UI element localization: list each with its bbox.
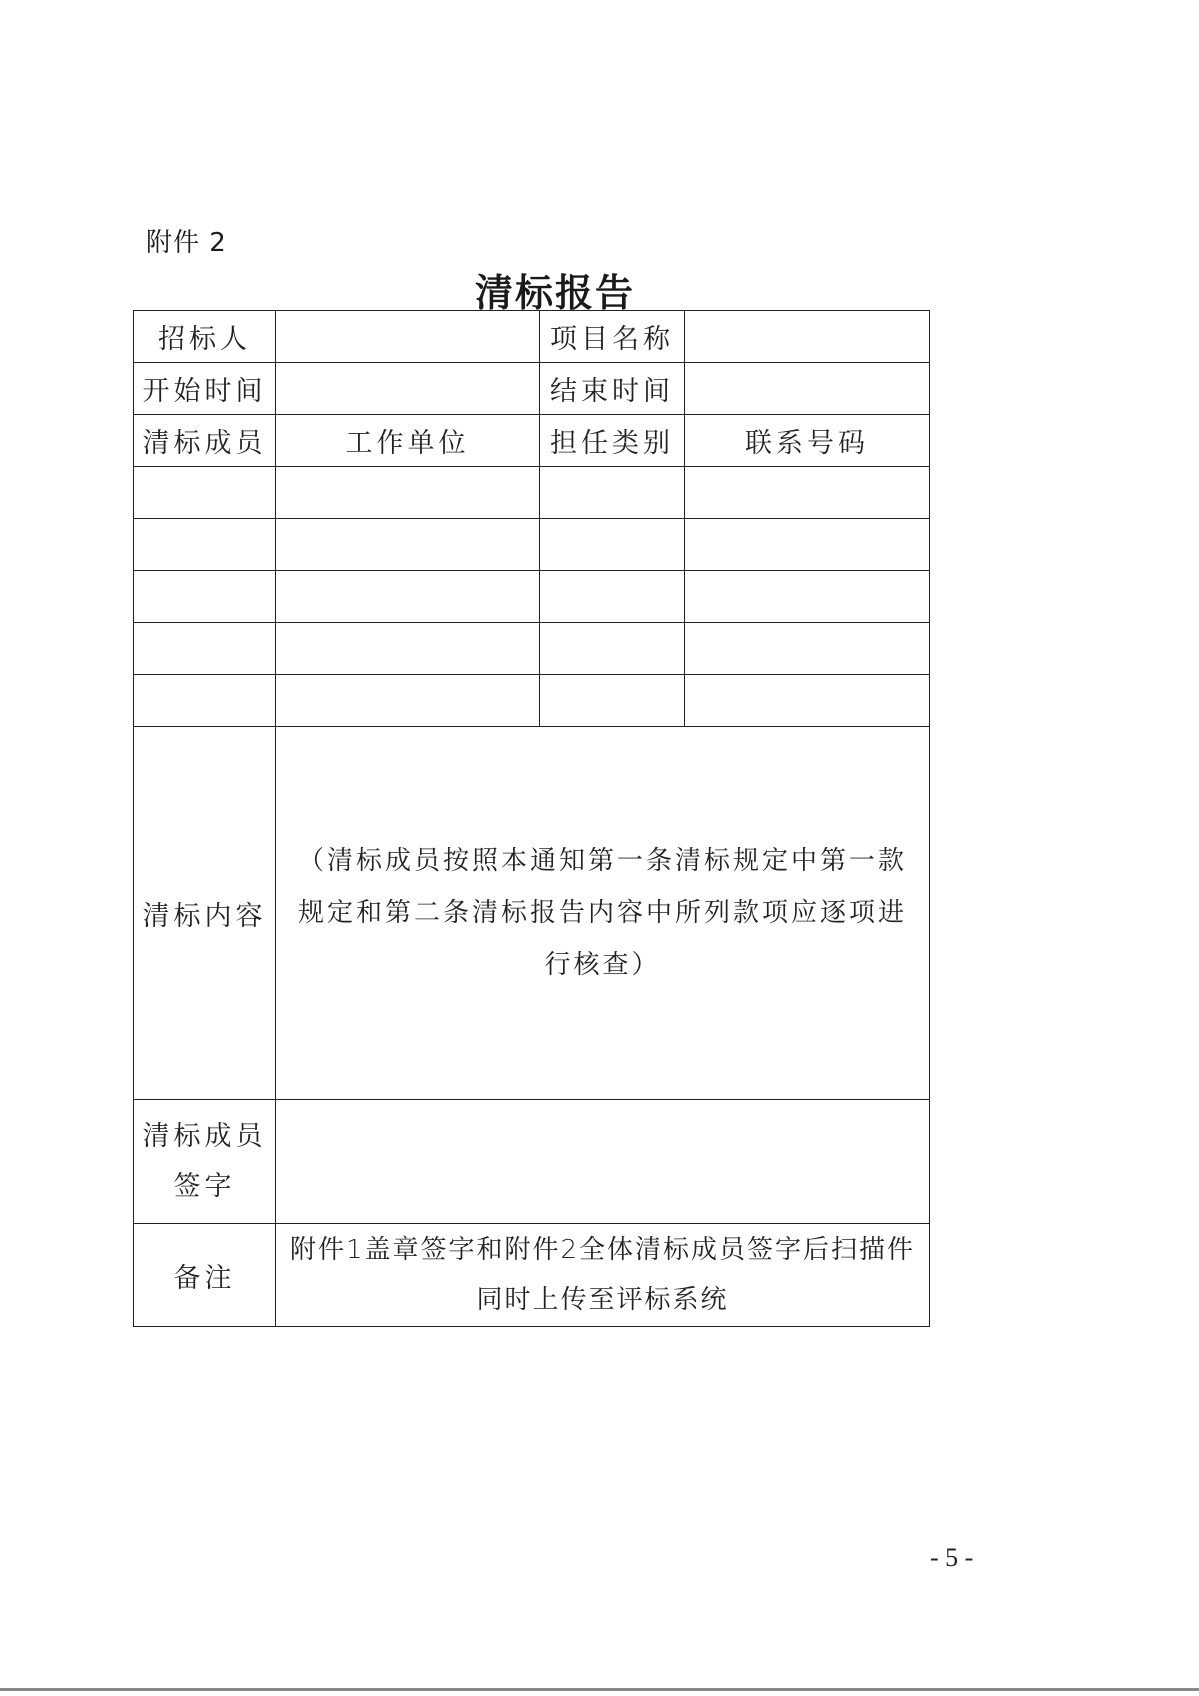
member-phone-cell[interactable] (685, 571, 930, 623)
member-unit-cell[interactable] (276, 571, 540, 623)
member-role-cell[interactable] (540, 675, 685, 727)
label-signature: 清标成员 签字 (134, 1100, 276, 1224)
document-title: 清标报告 (0, 262, 1110, 317)
member-phone-cell[interactable] (685, 675, 930, 727)
member-name-cell[interactable] (134, 623, 276, 675)
member-row (134, 467, 930, 519)
member-phone-cell[interactable] (685, 519, 930, 571)
scan-bottom-edge (0, 1688, 1199, 1691)
member-role-cell[interactable] (540, 571, 685, 623)
label-notes: 备注 (134, 1224, 276, 1327)
field-end-time[interactable] (685, 363, 930, 415)
content-instructions: （清标成员按照本通知第一条清标规定中第一款规定和第二条清标报告内容中所列款项应逐… (276, 835, 929, 991)
member-role-cell[interactable] (540, 519, 685, 571)
attachment-label: 附件 2 (146, 222, 227, 259)
member-header-row: 清标成员 工作单位 担任类别 联系号码 (134, 415, 930, 467)
member-phone-cell[interactable] (685, 623, 930, 675)
signature-row: 清标成员 签字 (134, 1100, 930, 1224)
member-name-cell[interactable] (134, 571, 276, 623)
label-start-time: 开始时间 (134, 363, 276, 415)
member-row (134, 571, 930, 623)
content-cell[interactable]: （清标成员按照本通知第一条清标规定中第一款规定和第二条清标报告内容中所列款项应逐… (276, 727, 930, 1100)
row-tenderer-project: 招标人 项目名称 (134, 311, 930, 363)
bid-clearing-report-table: 招标人 项目名称 开始时间 结束时间 清标成员 工作单位 担任类别 联系号码 (133, 310, 930, 1327)
header-role: 担任类别 (540, 415, 685, 467)
member-role-cell[interactable] (540, 467, 685, 519)
page-number: - 5 - (930, 1543, 973, 1573)
header-work-unit: 工作单位 (276, 415, 540, 467)
member-row (134, 675, 930, 727)
label-content: 清标内容 (134, 727, 276, 1100)
member-phone-cell[interactable] (685, 467, 930, 519)
field-start-time[interactable] (276, 363, 540, 415)
field-project-name[interactable] (685, 311, 930, 363)
signature-cell[interactable] (276, 1100, 930, 1224)
member-unit-cell[interactable] (276, 675, 540, 727)
member-role-cell[interactable] (540, 623, 685, 675)
member-row (134, 519, 930, 571)
member-name-cell[interactable] (134, 675, 276, 727)
member-name-cell[interactable] (134, 519, 276, 571)
row-start-end-time: 开始时间 结束时间 (134, 363, 930, 415)
field-tenderer[interactable] (276, 311, 540, 363)
label-project-name: 项目名称 (540, 311, 685, 363)
member-unit-cell[interactable] (276, 519, 540, 571)
member-unit-cell[interactable] (276, 623, 540, 675)
label-signature-line1: 清标成员 (134, 1112, 275, 1162)
member-name-cell[interactable] (134, 467, 276, 519)
label-signature-line2: 签字 (134, 1162, 275, 1212)
member-row (134, 623, 930, 675)
notes-cell: 附件1盖章签字和附件2全体清标成员签字后扫描件同时上传至评标系统 (276, 1224, 930, 1327)
header-phone: 联系号码 (685, 415, 930, 467)
header-member: 清标成员 (134, 415, 276, 467)
label-tenderer: 招标人 (134, 311, 276, 363)
member-unit-cell[interactable] (276, 467, 540, 519)
notes-row: 备注 附件1盖章签字和附件2全体清标成员签字后扫描件同时上传至评标系统 (134, 1224, 930, 1327)
notes-text: 附件1盖章签字和附件2全体清标成员签字后扫描件同时上传至评标系统 (276, 1225, 929, 1325)
label-end-time: 结束时间 (540, 363, 685, 415)
content-row: 清标内容 （清标成员按照本通知第一条清标规定中第一款规定和第二条清标报告内容中所… (134, 727, 930, 1100)
